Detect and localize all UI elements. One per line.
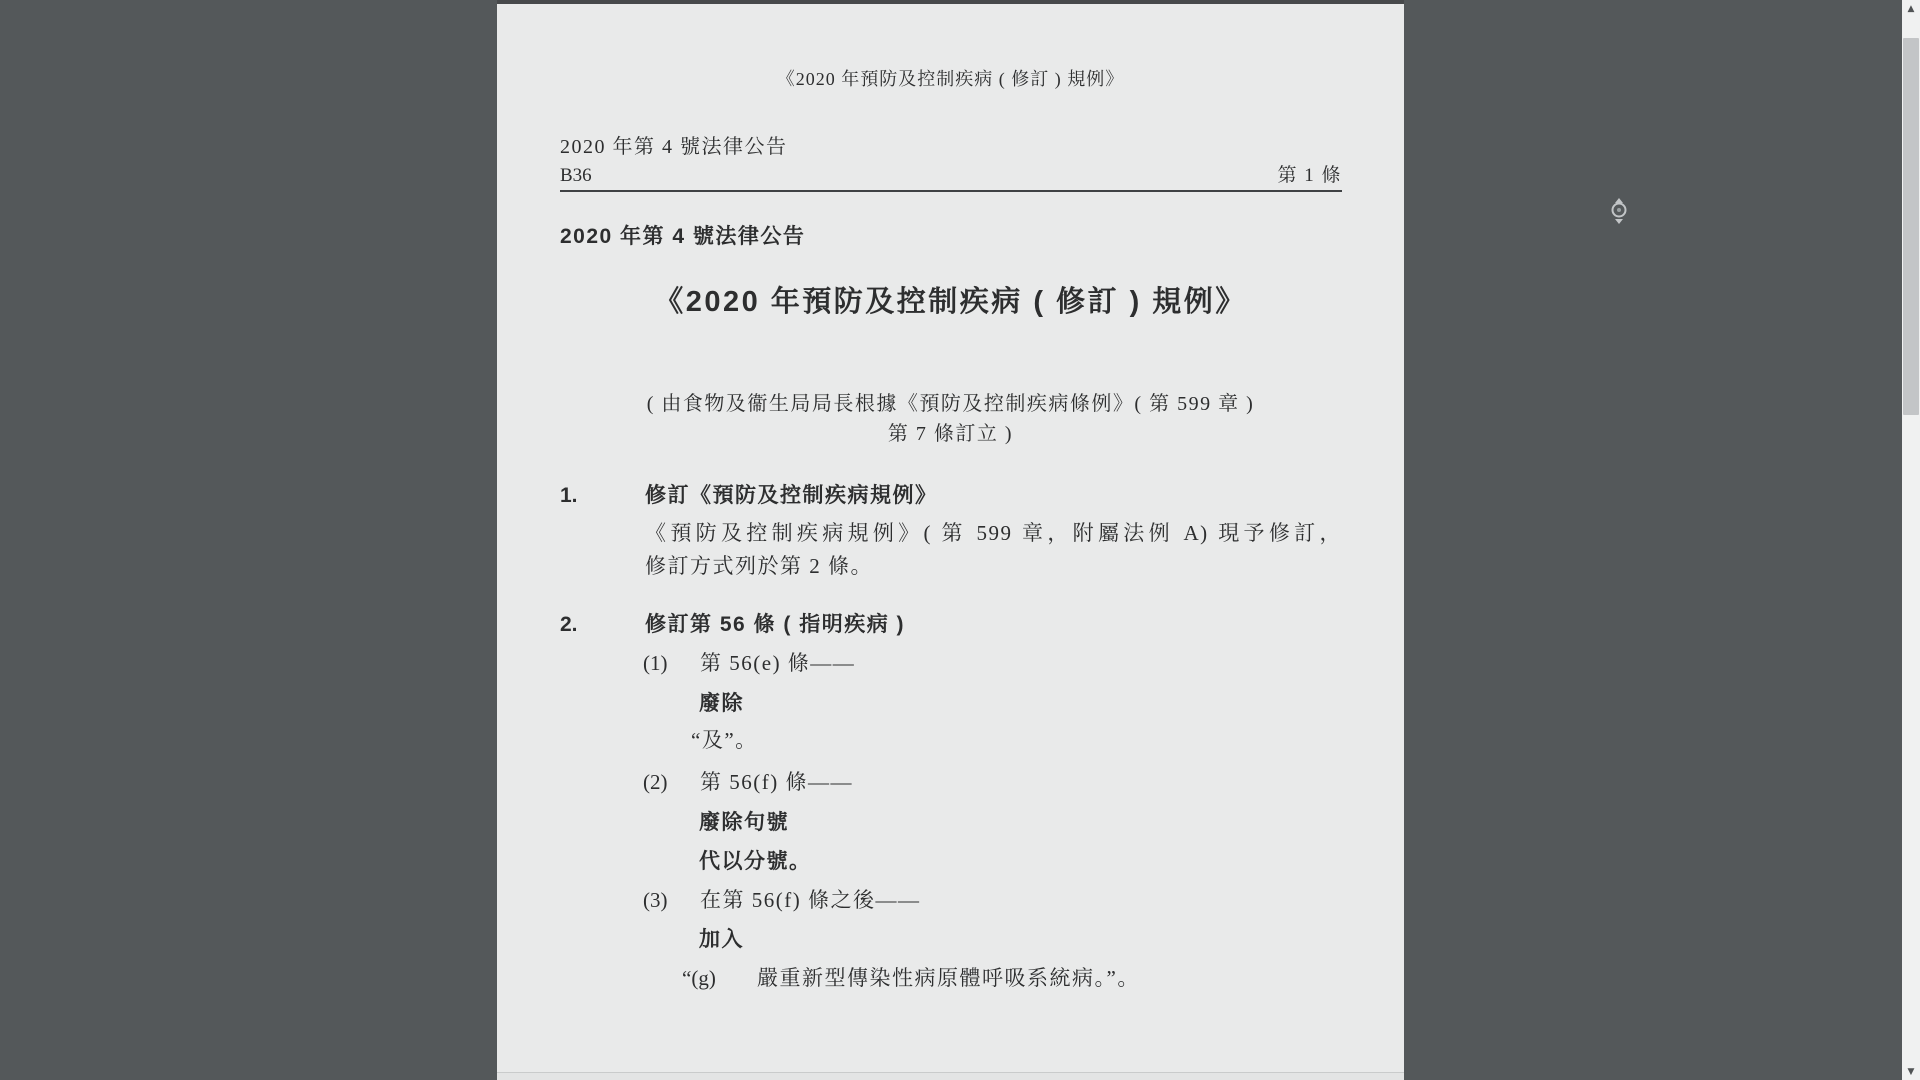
section-2-item-2-verb: 廢除句號 [699,812,789,833]
enactment-clause-line1: ( 由食物及衞生局局長根據《預防及控制疾病條例》( 第 599 章 ) [497,394,1404,414]
document-page: 《2020 年預防及控制疾病 ( 修訂 ) 規例》 2020 年第 4 號法律公… [497,4,1404,1080]
section-2-item-3-verb: 加入 [699,929,744,950]
vertical-scrollbar[interactable]: ▲ ▼ [1902,0,1920,1080]
section-2-item-1-text: 第 56(e) 條—— [700,653,855,674]
scroll-up-icon: ▲ [1908,4,1915,14]
scroll-down-icon: ▼ [1908,1067,1915,1077]
section-2-item-2-text: 第 56(f) 條—— [700,772,853,793]
section-2-item-1-verb: 廢除 [699,693,744,714]
section-2-item-1-object: “及”。 [691,730,758,751]
scrollbar-down-button[interactable]: ▼ [1902,1063,1920,1080]
page-bottom-margin [497,1073,1404,1080]
section-1-body-line2: 修訂方式列於第 2 條。 [645,556,873,577]
gazette-heading: 2020 年第 4 號法律公告 [560,226,805,247]
section-1-number: 1. [560,485,578,506]
section-2-heading: 修訂第 56 條 ( 指明疾病 ) [645,614,905,635]
section-2-item-1-label: (1) [643,653,668,674]
section-1-body-line1: 《預防及控制疾病規例》( 第 599 章，附屬法例 A) 現予修訂， [645,523,1342,544]
page-number-label: B36 [560,166,592,185]
section-2-item-3-text: 在第 56(f) 條之後—— [700,890,920,911]
section-2-item-2-verb2: 代以分號。 [699,851,812,872]
section-2-item-2-label: (2) [643,772,668,793]
section-1-heading: 修訂《預防及控制疾病規例》 [645,485,938,506]
section-2-item-3-label: (3) [643,890,668,911]
running-header-doc-ref: 《2020 年預防及控制疾病 ( 修訂 ) 規例》 [497,70,1404,88]
document-title: 《2020 年預防及控制疾病 ( 修訂 ) 規例》 [497,288,1404,317]
scrollbar-thumb[interactable] [1903,38,1919,415]
section-2-number: 2. [560,614,578,635]
running-header-section-ref: 第 1 條 [1277,166,1342,185]
section-2-inserted-label: “(g) [682,968,716,989]
header-rule [560,190,1342,192]
autoscroll-origin-icon [1608,197,1630,225]
running-header-gazette-line: 2020 年第 4 號法律公告 [560,137,788,157]
section-2-inserted-text: 嚴重新型傳染性病原體呼吸系統病。”。 [757,968,1140,989]
scrollbar-up-button[interactable]: ▲ [1902,0,1920,17]
enactment-clause-line2: 第 7 條訂立 ) [497,424,1404,444]
